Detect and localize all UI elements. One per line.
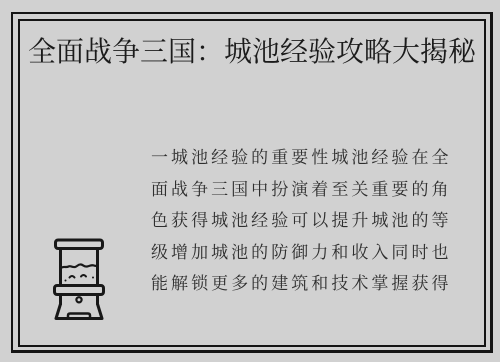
inner-border: 全面战争三国：城池经验攻略大揭秘 — [18, 19, 486, 347]
body-line: 色获得城池经验可以提升城池的等 — [151, 205, 451, 237]
article-title: 全面战争三国：城池经验攻略大揭秘 — [28, 30, 476, 70]
article-card: 全面战争三国：城池经验攻略大揭秘 — [0, 0, 500, 362]
outer-border: 全面战争三国：城池经验攻略大揭秘 — [11, 12, 493, 353]
body-line: 一城池经验的重要性城池经验在全 — [151, 142, 451, 174]
dispenser-machine-icon — [53, 238, 105, 324]
body-line: 面战争三国中扮演着至关重要的角 — [151, 174, 451, 206]
article-body: 一城池经验的重要性城池经验在全 面战争三国中扮演着至关重要的角 色获得城池经验可… — [151, 142, 451, 300]
body-line: 级增加城池的防御力和收入同时也 — [151, 237, 451, 269]
body-line: 能解锁更多的建筑和技术掌握获得 — [151, 268, 451, 300]
